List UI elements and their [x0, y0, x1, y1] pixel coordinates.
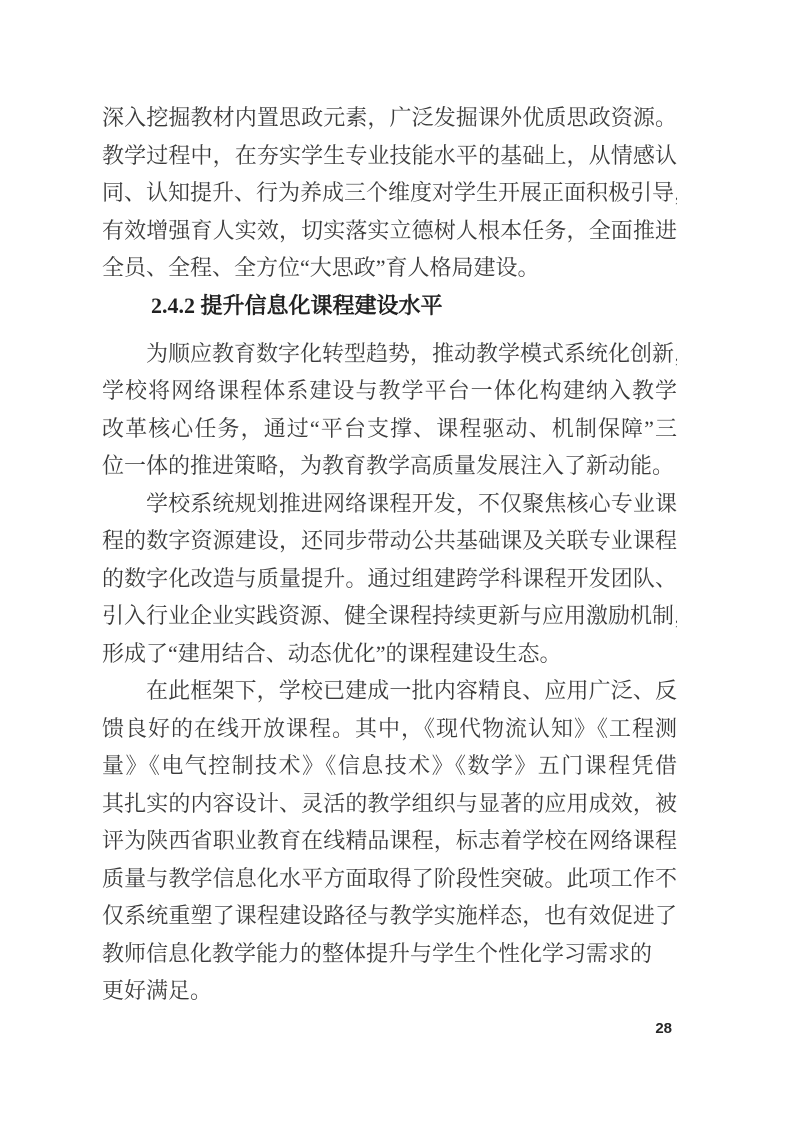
- paragraph-line: 有效增强育人实效，切实落实立德树人根本任务，全面推进: [102, 212, 677, 250]
- paragraph-line: 改革核心任务，通过“平台支撑、课程驱动、机制保障”三: [102, 410, 677, 448]
- document-body: 深入挖掘教材内置思政元素，广泛发掘课外优质思政资源。教学过程中，在夯实学生专业技…: [102, 99, 677, 1010]
- paragraph-line: 引入行业企业实践资源、健全课程持续更新与应用激励机制，: [102, 597, 677, 635]
- paragraph-line: 的数字化改造与质量提升。通过组建跨学科课程开发团队、: [102, 560, 677, 598]
- paragraph-line: 评为陕西省职业教育在线精品课程，标志着学校在网络课程: [102, 822, 677, 860]
- section-heading-2-4-2: 2.4.2 提升信息化课程建设水平: [102, 287, 677, 325]
- paragraph-line: 学校系统规划推进网络课程开发，不仅聚焦核心专业课: [102, 485, 677, 523]
- paragraph-line: 仅系统重塑了课程建设路径与教学实施样态，也有效促进了: [102, 897, 677, 935]
- paragraph-line: 更好满足。: [102, 972, 677, 1010]
- document-page: 深入挖掘教材内置思政元素，广泛发掘课外优质思政资源。教学过程中，在夯实学生专业技…: [0, 0, 794, 1123]
- page-number: 28: [102, 1019, 677, 1039]
- paragraph-line: 馈良好的在线开放课程。其中，《现代物流认知》《工程测: [102, 710, 677, 748]
- paragraph-line: 形成了“建用结合、动态优化”的课程建设生态。: [102, 635, 677, 673]
- paragraph-line: 全员、全程、全方位“大思政”育人格局建设。: [102, 249, 677, 287]
- paragraph-line: 教学过程中，在夯实学生专业技能水平的基础上，从情感认: [102, 137, 677, 175]
- paragraph-line: 深入挖掘教材内置思政元素，广泛发掘课外优质思政资源。: [102, 99, 677, 137]
- paragraph-line: 位一体的推进策略，为教育教学高质量发展注入了新动能。: [102, 447, 677, 485]
- paragraph-line: 其扎实的内容设计、灵活的教学组织与显著的应用成效，被: [102, 785, 677, 823]
- paragraph-line: 教师信息化教学能力的整体提升与学生个性化学习需求的: [102, 935, 677, 973]
- paragraph-line: 学校将网络课程体系建设与教学平台一体化构建纳入教学: [102, 372, 677, 410]
- paragraph-line: 在此框架下，学校已建成一批内容精良、应用广泛、反: [102, 672, 677, 710]
- paragraph-line: 为顺应教育数字化转型趋势，推动教学模式系统化创新，: [102, 335, 677, 373]
- paragraph-line: 程的数字资源建设，还同步带动公共基础课及关联专业课程: [102, 522, 677, 560]
- paragraph-line: 量》《电气控制技术》《信息技术》《数学》五门课程凭借: [102, 747, 677, 785]
- paragraph-line: 质量与教学信息化水平方面取得了阶段性突破。此项工作不: [102, 860, 677, 898]
- paragraph-line: 同、认知提升、行为养成三个维度对学生开展正面积极引导，: [102, 174, 677, 212]
